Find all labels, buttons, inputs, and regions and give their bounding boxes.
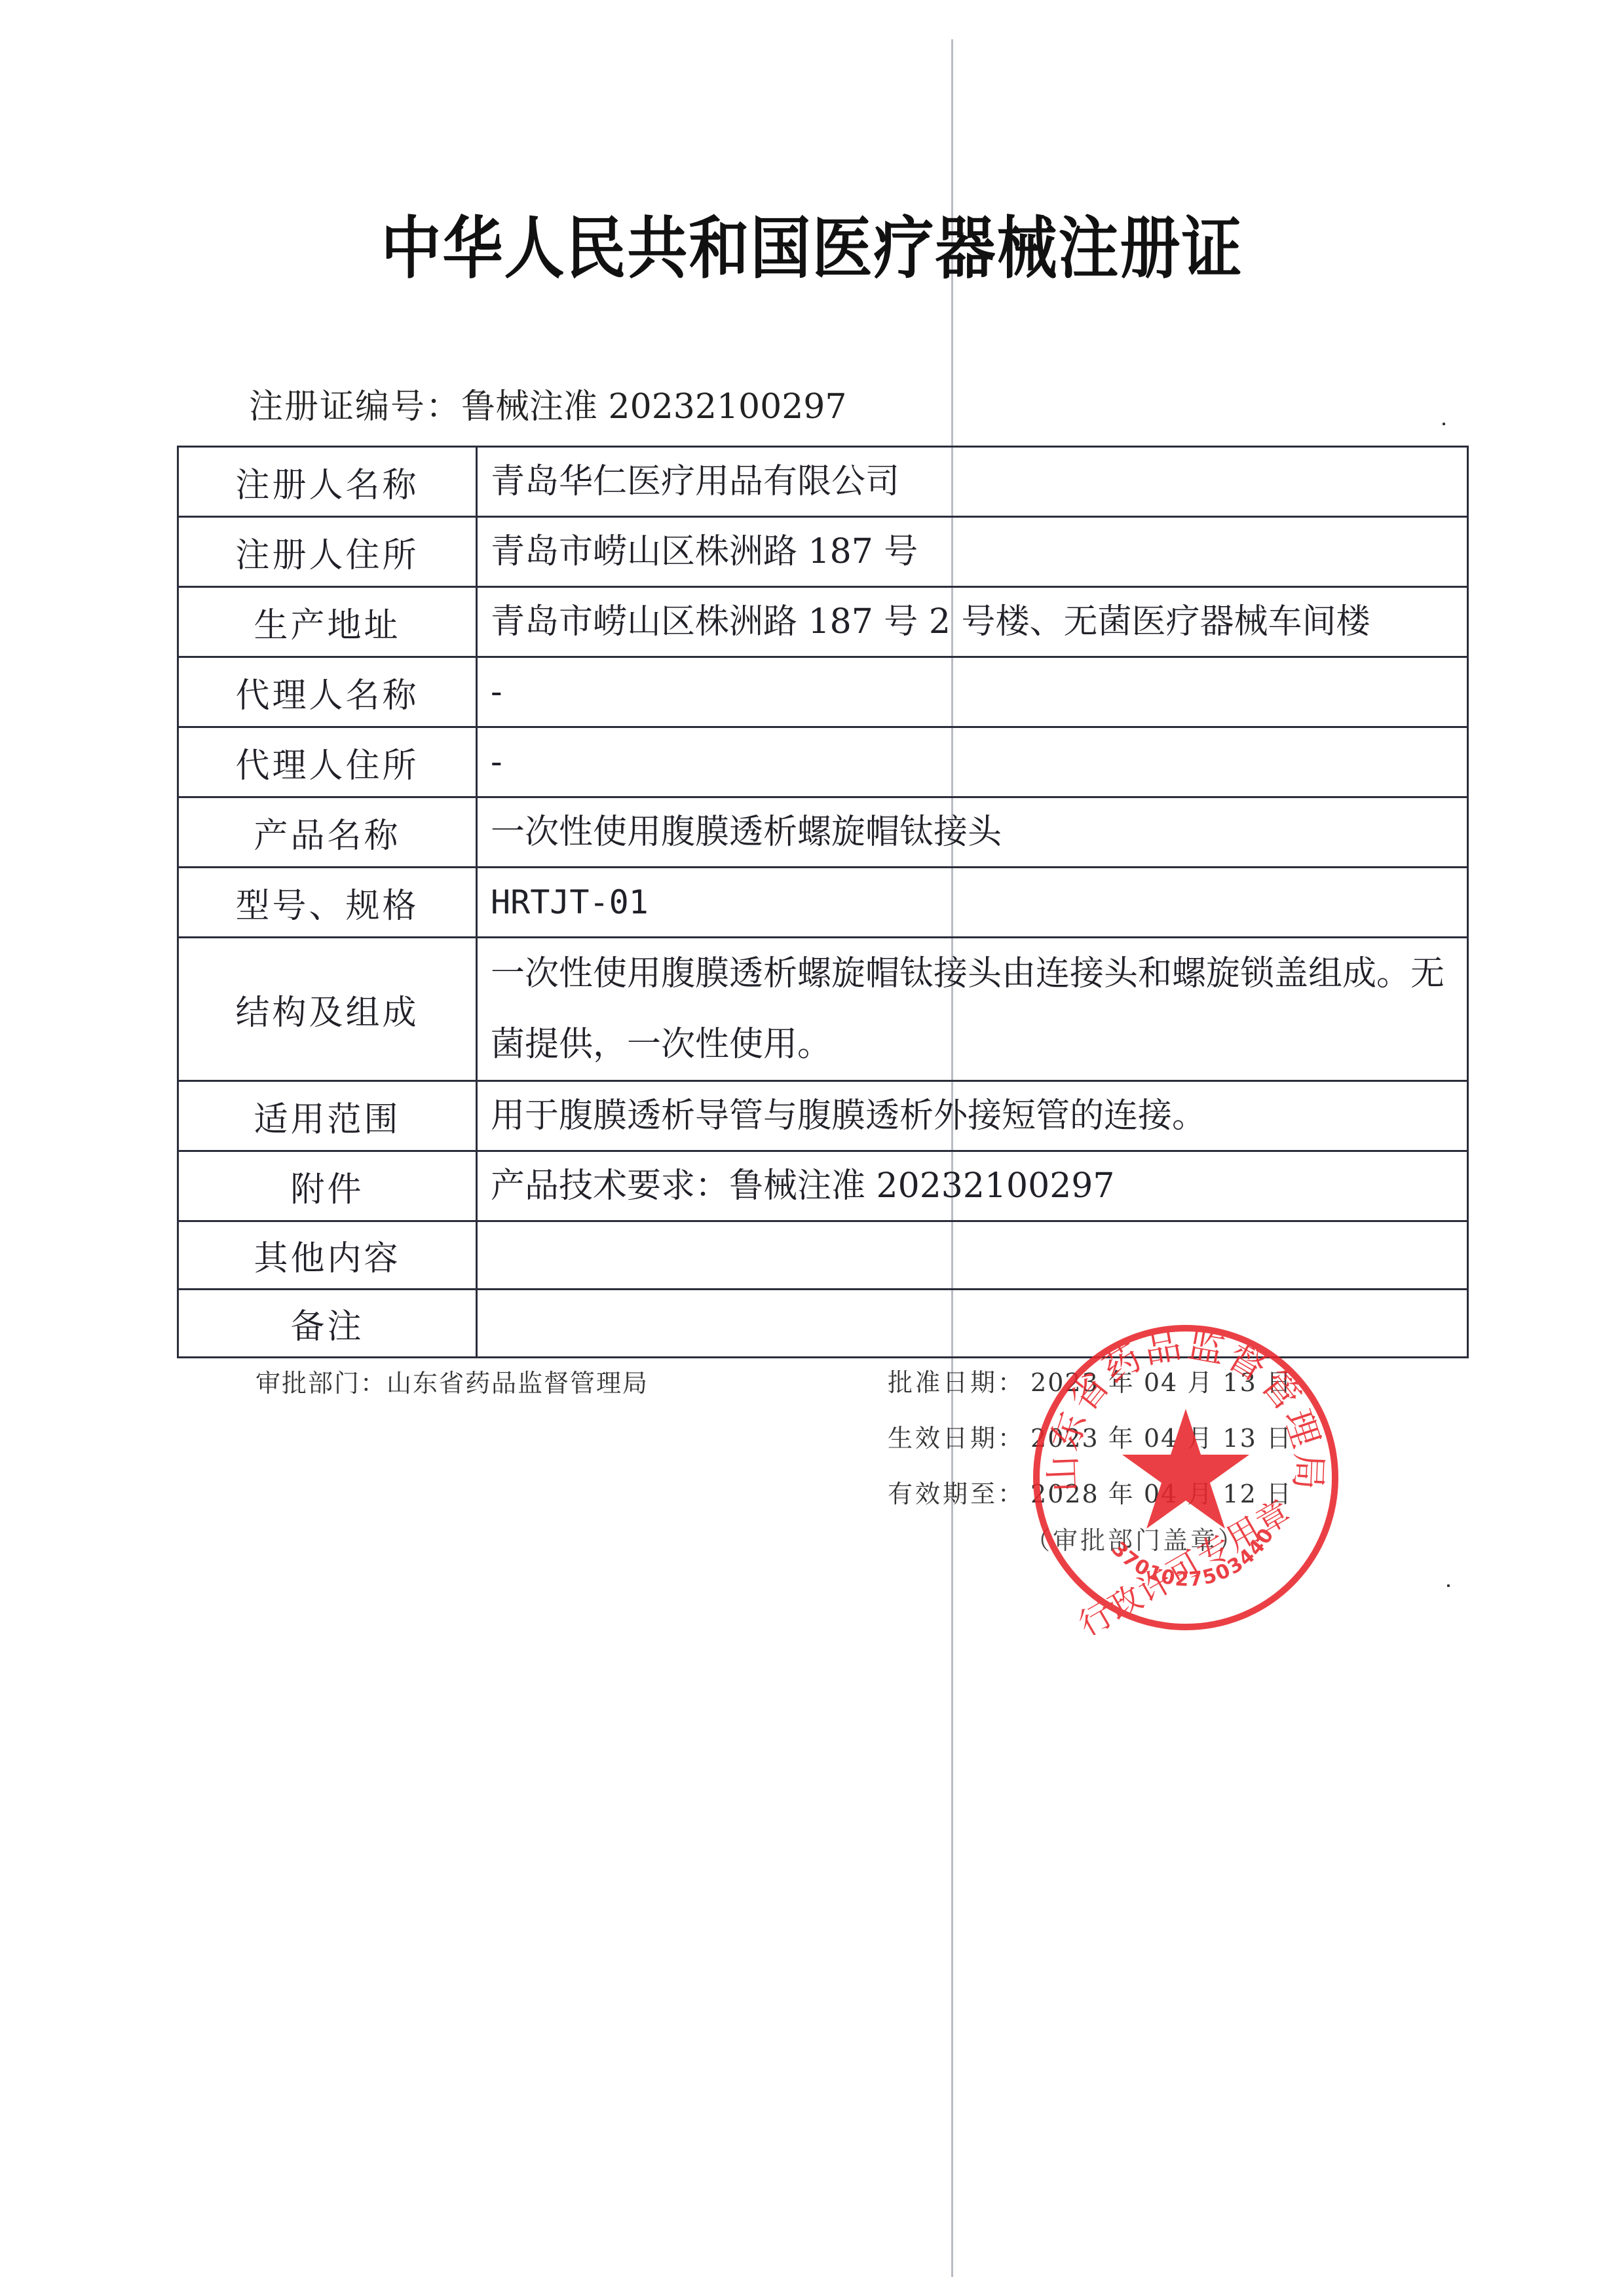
row-value: 一次性使用腹膜透析螺旋帽钛接头由连接头和螺旋锁盖组成。无菌提供，一次性使用。 [477,938,1468,1081]
seal-center-text: 行政许可专用章 [1072,1492,1298,1635]
table-row: 注册人住所 青岛市崂山区株洲路 187 号 [178,517,1468,587]
approval-department-label: 审批部门： [255,1369,387,1398]
row-label: 代理人住所 [178,727,477,797]
row-value: 用于腹膜透析导管与腹膜透析外接短管的连接。 [477,1081,1468,1151]
row-label: 适用范围 [178,1081,477,1151]
table-row: 附件 产品技术要求：鲁械注准 20232100297 [178,1151,1468,1221]
table-row: 适用范围 用于腹膜透析导管与腹膜透析外接短管的连接。 [178,1081,1468,1151]
expiry-date-label: 有效期至： [888,1480,1025,1508]
table-row: 产品名称 一次性使用腹膜透析螺旋帽钛接头 [178,797,1468,868]
row-label: 型号、规格 [178,868,477,938]
row-label: 备注 [178,1290,477,1358]
registration-number: 注册证编号：鲁械注准 20232100297 [249,379,846,428]
row-label: 代理人名称 [178,657,477,727]
row-value: 青岛华仁医疗用品有限公司 [477,447,1468,517]
row-value: 产品技术要求：鲁械注准 20232100297 [477,1151,1468,1221]
row-label: 注册人住所 [178,517,477,587]
effective-date-label: 生效日期： [888,1424,1025,1453]
registration-number-value: 鲁械注准 20232100297 [461,387,846,427]
row-label: 附件 [178,1151,477,1221]
official-seal: 山东省药品监督管理局 行政许可专用章 3701027503440 [1029,1320,1343,1635]
approval-department: 审批部门：山东省药品监督管理局 [255,1363,649,1399]
row-value [477,1221,1468,1290]
row-value: - [477,657,1468,727]
table-row: 生产地址 青岛市崂山区株洲路 187 号 2 号楼、无菌医疗器械车间楼 [178,587,1468,657]
row-value: 一次性使用腹膜透析螺旋帽钛接头 [477,797,1468,868]
table-row: 其他内容 [178,1221,1468,1290]
row-value: - [477,727,1468,797]
scan-speck [1447,1584,1450,1587]
table-row: 代理人住所 - [178,727,1468,797]
registration-number-label: 注册证编号： [249,387,461,427]
certificate-title: 中华人民共和国医疗器械注册证 [0,195,1624,292]
table-row: 代理人名称 - [178,657,1468,727]
row-label: 注册人名称 [178,447,477,517]
certificate-table: 注册人名称 青岛华仁医疗用品有限公司 注册人住所 青岛市崂山区株洲路 187 号… [177,446,1469,1358]
row-value: HRTJT-01 [477,868,1468,938]
table-row: 注册人名称 青岛华仁医疗用品有限公司 [178,447,1468,517]
row-value: 青岛市崂山区株洲路 187 号 [477,517,1468,587]
table-row: 结构及组成 一次性使用腹膜透析螺旋帽钛接头由连接头和螺旋锁盖组成。无菌提供，一次… [178,938,1468,1081]
row-label: 产品名称 [178,797,477,868]
row-label: 结构及组成 [178,938,477,1081]
row-value: 青岛市崂山区株洲路 187 号 2 号楼、无菌医疗器械车间楼 [477,587,1468,657]
approval-date-label: 批准日期： [888,1368,1025,1397]
scan-speck [1443,423,1445,425]
table-row: 型号、规格 HRTJT-01 [178,868,1468,938]
approval-department-value: 山东省药品监督管理局 [387,1369,649,1398]
row-label: 生产地址 [178,587,477,657]
row-label: 其他内容 [178,1221,477,1290]
star-icon [1122,1409,1249,1529]
